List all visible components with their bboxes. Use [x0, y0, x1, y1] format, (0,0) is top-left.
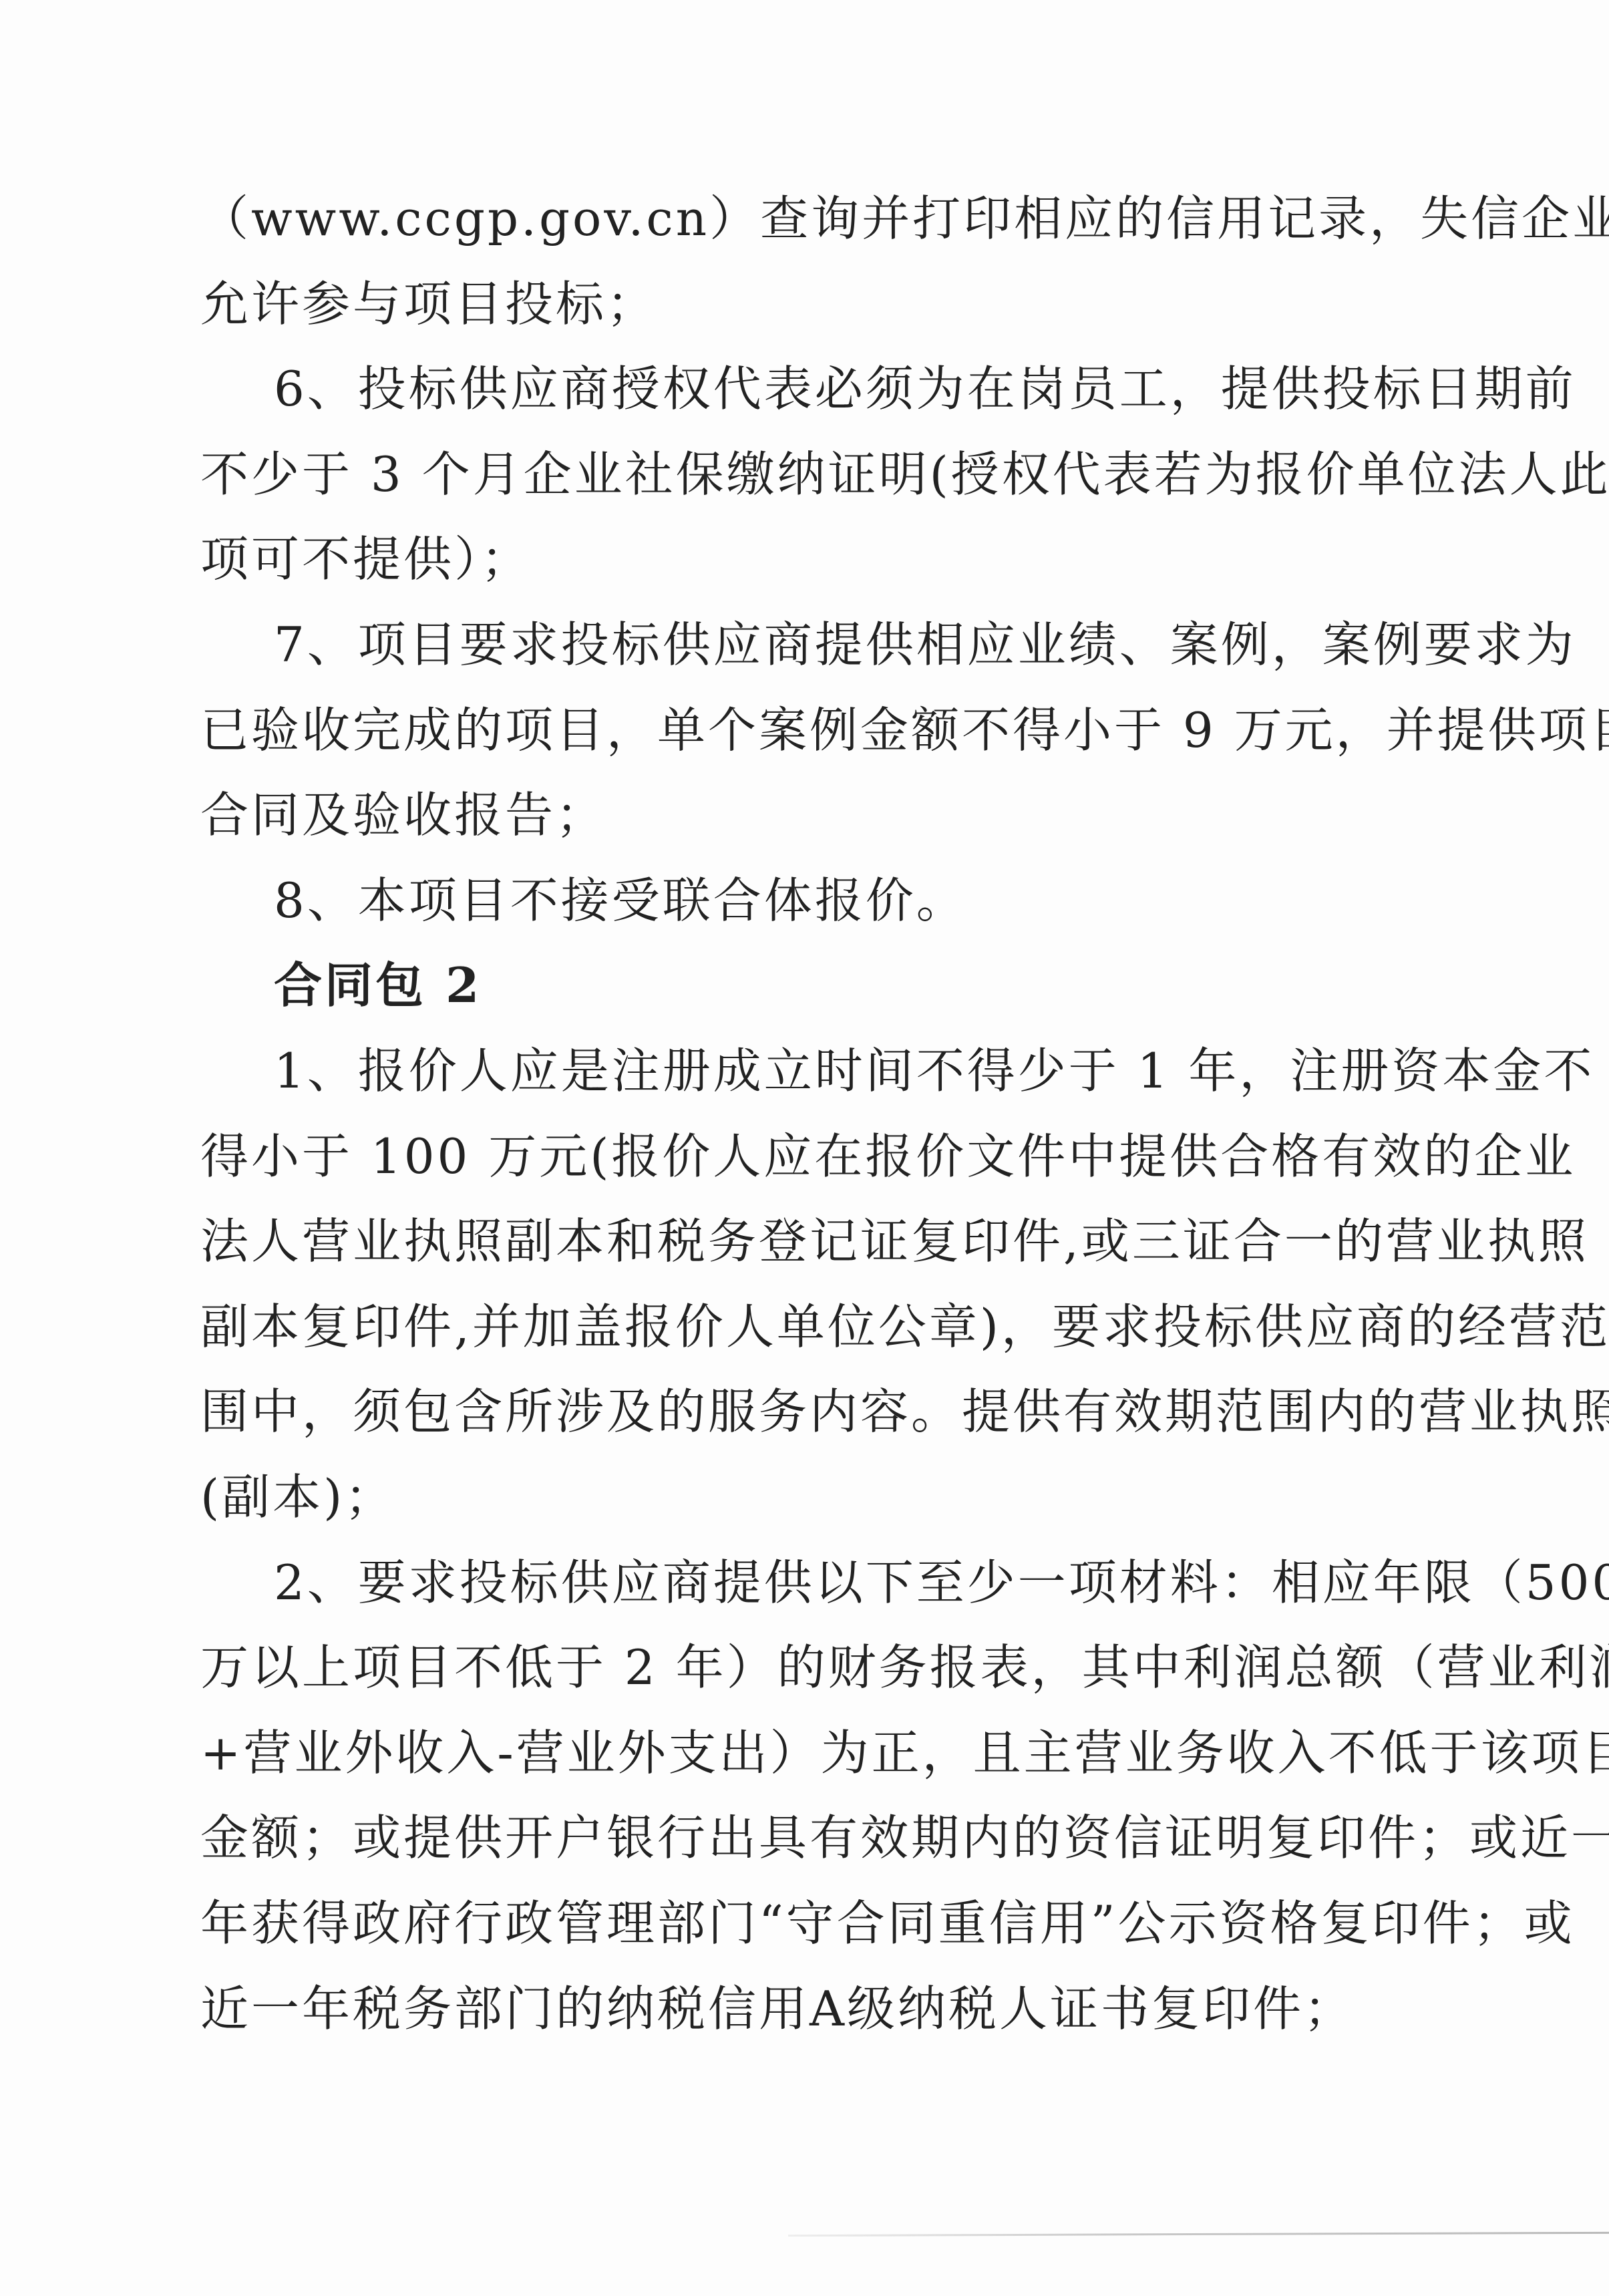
text-line: +营业外收入-营业外支出）为正，且主营业务收入不低于该项目	[200, 1723, 1429, 1783]
section-heading: 合同包 2	[274, 955, 1429, 1015]
text-line: 项可不提供）；	[200, 529, 1429, 589]
text-line: (副本)；	[200, 1467, 1429, 1527]
scan-edge-line	[788, 2232, 1609, 2237]
text-line: 8、本项目不接受联合体报价。	[274, 870, 1429, 931]
text-line: 近一年税务部门的纳税信用A级纳税人证书复印件；	[200, 1979, 1429, 2039]
text-line: 7、项目要求投标供应商提供相应业绩、案例，案例要求为	[274, 615, 1429, 675]
text-line: 允许参与项目投标；	[200, 274, 1429, 334]
text-line: 2、要求投标供应商提供以下至少一项材料：相应年限（500	[274, 1552, 1429, 1613]
text-line: 围中，须包含所涉及的服务内容。提供有效期范围内的营业执照	[200, 1381, 1429, 1442]
text-line: 万以上项目不低于 2 年）的财务报表，其中利润总额（营业利润	[200, 1637, 1429, 1697]
text-line: 不少于 3 个月企业社保缴纳证明(授权代表若为报价单位法人此	[200, 444, 1429, 504]
text-line: 得小于 100 万元(报价人应在报价文件中提供合格有效的企业	[200, 1126, 1429, 1186]
document-page: （www.ccgp.gov.cn）查询并打印相应的信用记录，失信企业不允许参与项…	[0, 0, 1609, 2296]
text-line: 年获得政府行政管理部门“守合同重信用”公示资格复印件；或	[200, 1893, 1429, 1953]
text-line: 合同及验收报告；	[200, 785, 1429, 845]
text-line: 已验收完成的项目，单个案例金额不得小于 9 万元，并提供项目	[200, 700, 1429, 760]
text-line: （www.ccgp.gov.cn）查询并打印相应的信用记录，失信企业不	[200, 188, 1429, 249]
text-line: 6、投标供应商授权代表必须为在岗员工，提供投标日期前	[274, 359, 1429, 419]
text-line: 法人营业执照副本和税务登记证复印件,或三证合一的营业执照	[200, 1211, 1429, 1271]
text-line: 金额；或提供开户银行出具有效期内的资信证明复印件；或近一	[200, 1808, 1429, 1868]
text-line: 副本复印件,并加盖报价人单位公章)，要求投标供应商的经营范	[200, 1297, 1429, 1357]
text-line: 1、报价人应是注册成立时间不得少于 1 年，注册资本金不	[274, 1041, 1429, 1101]
